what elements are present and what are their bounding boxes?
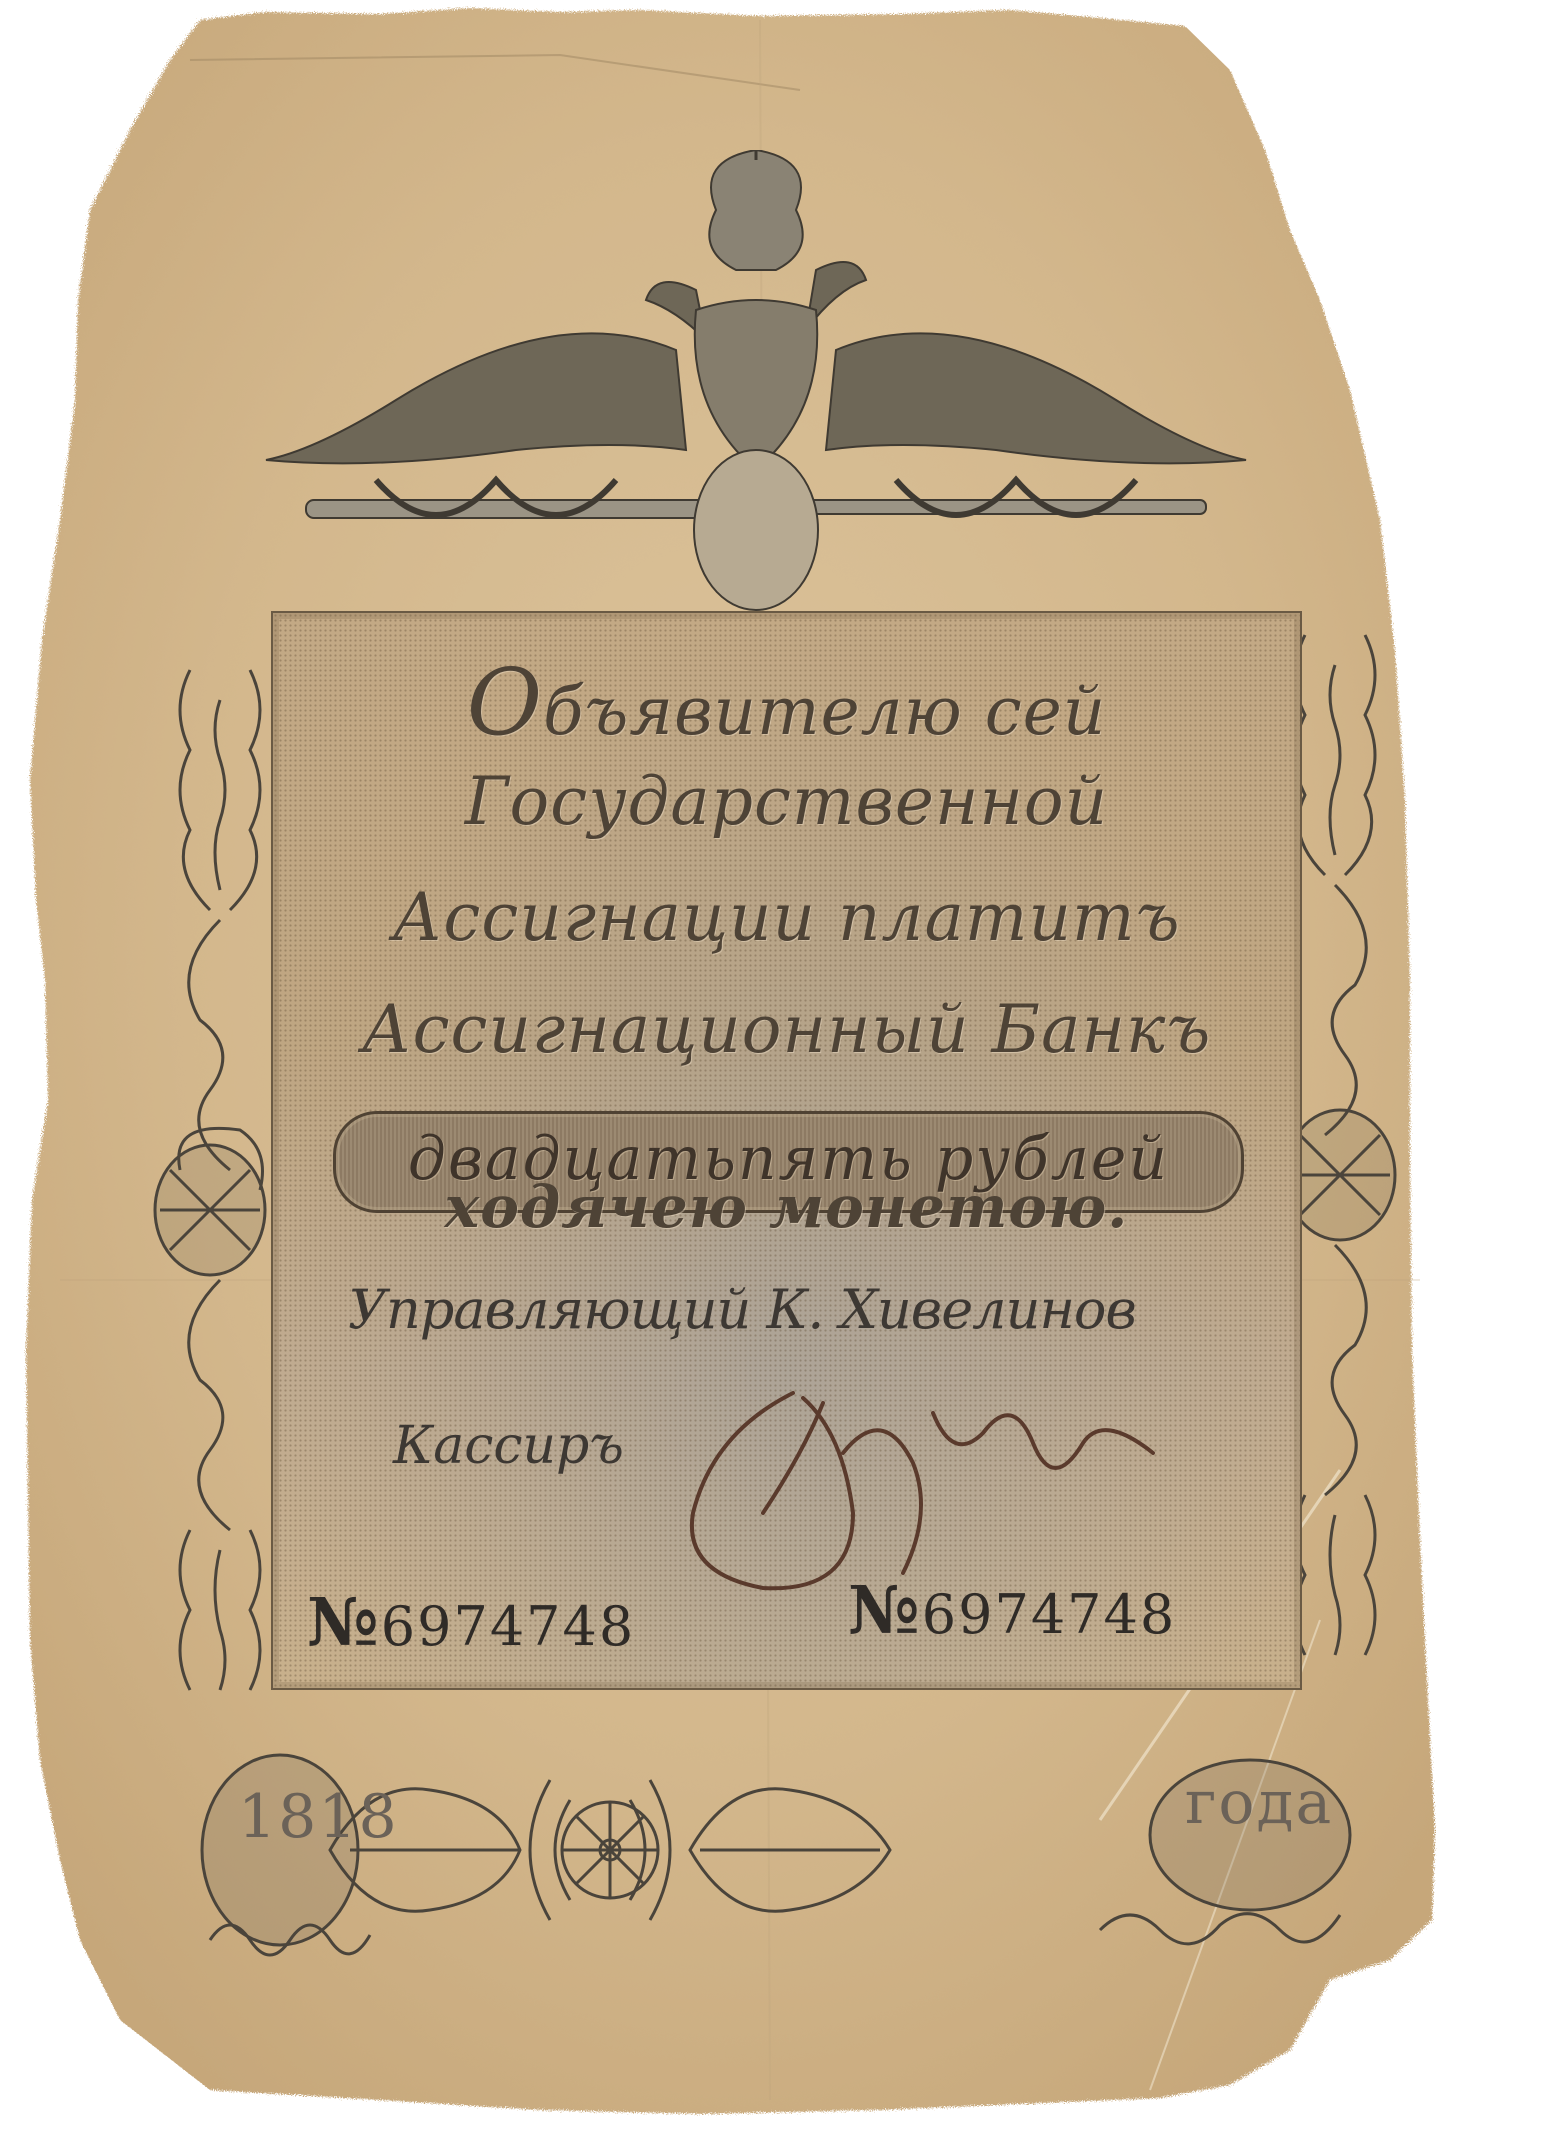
text-line-3: Ассигнации платитъ — [273, 879, 1300, 956]
year-cartouche: 1818 — [238, 1782, 399, 1852]
text-line-1: Объявителю сей — [273, 649, 1300, 756]
double-headed-eagle-emblem: 25 — [256, 150, 1256, 625]
decorated-initial: О — [467, 649, 543, 756]
serial-number-right: №6974748 — [848, 1571, 1176, 1649]
text-line-4: Ассигнационный Банкъ — [273, 991, 1300, 1068]
serial-value-left: 6974748 — [381, 1595, 636, 1658]
serial-number-left: №6974748 — [307, 1583, 635, 1661]
manager-name: К. Хивелинов — [766, 1278, 1135, 1341]
numero-sign: № — [848, 1571, 922, 1649]
manager-label: Управляющий — [348, 1278, 750, 1341]
text-line-2: Государственной — [273, 763, 1300, 840]
year-word-cartouche: года — [1185, 1768, 1333, 1838]
serial-value-right: 6974748 — [922, 1583, 1177, 1646]
left-side-ornament — [150, 650, 290, 1705]
text-line-1-rest: бъявителю сей — [543, 673, 1106, 750]
manager-signature-line: Управляющий К. Хивелинов — [348, 1278, 1136, 1341]
text-line-currency: ходячею монетою. — [273, 1173, 1300, 1241]
bottom-ornament-band: 1818 года — [200, 1740, 1360, 1965]
numero-sign: № — [307, 1583, 381, 1661]
crown-scroll-ornament-icon — [150, 650, 290, 1700]
text-frame: Объявителю сей Государственной Ассигнаци… — [271, 611, 1302, 1690]
cashier-label: Кассиръ — [393, 1416, 624, 1476]
double-headed-eagle-icon — [256, 150, 1256, 620]
